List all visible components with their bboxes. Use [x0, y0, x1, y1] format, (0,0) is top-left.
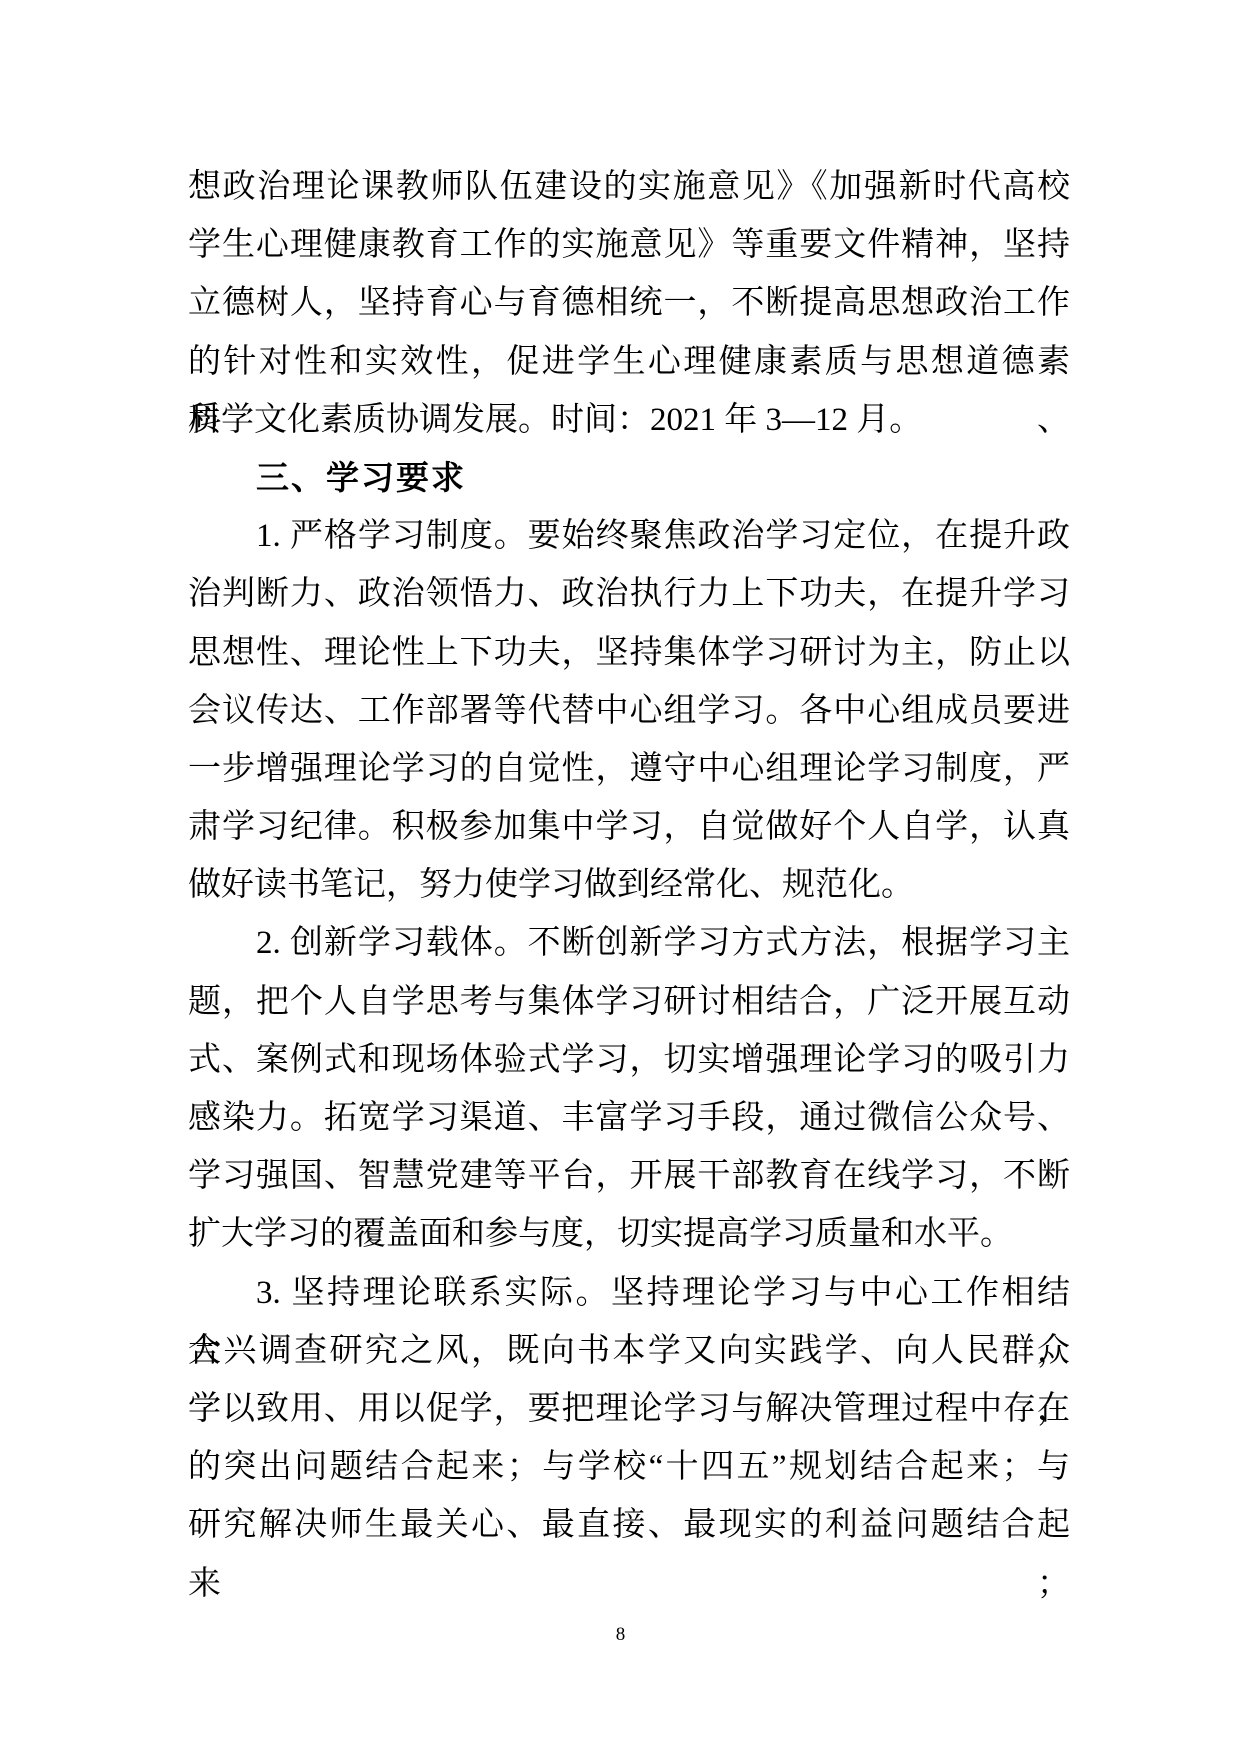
- text-line: 大兴调查研究之风，既向书本学又向实践学、向人民群众学，: [188, 1322, 1070, 1380]
- text-line: 的针对性和实效性，促进学生心理健康素质与思想道德素质、: [188, 333, 1070, 391]
- text-line: 扩大学习的覆盖面和参与度，切实提高学习质量和水平。: [188, 1205, 1070, 1263]
- text-line: 立德树人，坚持育心与育德相统一，不断提高思想政治工作: [188, 274, 1070, 332]
- text-line: 做好读书笔记，努力使学习做到经常化、规范化。: [188, 856, 1070, 914]
- text-line: 学生心理健康教育工作的实施意见》等重要文件精神，坚持: [188, 216, 1070, 274]
- text-line: 1. 严格学习制度。要始终聚焦政治学习定位，在提升政: [188, 507, 1070, 565]
- text-line: 3. 坚持理论联系实际。坚持理论学习与中心工作相结合，: [188, 1264, 1070, 1322]
- document-text-block: 想政治理论课教师队伍建设的实施意见》《加强新时代高校 学生心理健康教育工作的实施…: [188, 158, 1070, 1555]
- document-page: 想政治理论课教师队伍建设的实施意见》《加强新时代高校 学生心理健康教育工作的实施…: [0, 0, 1241, 1755]
- text-line: 研究解决师生最关心、最直接、最现实的利益问题结合起来；: [188, 1496, 1070, 1554]
- text-line: 题，把个人自学思考与集体学习研讨相结合，广泛开展互动: [188, 973, 1070, 1031]
- text-line: 式、案例式和现场体验式学习，切实增强理论学习的吸引力: [188, 1031, 1070, 1089]
- text-line: 思想性、理论性上下功夫，坚持集体学习研讨为主，防止以: [188, 624, 1070, 682]
- text-line: 2. 创新学习载体。不断创新学习方式方法，根据学习主: [188, 914, 1070, 972]
- text-line: 肃学习纪律。积极参加集中学习，自觉做好个人自学，认真: [188, 798, 1070, 856]
- section-heading: 三、学习要求: [188, 449, 1070, 507]
- text-line: 学习强国、智慧党建等平台，开展干部教育在线学习，不断: [188, 1147, 1070, 1205]
- text-line: 想政治理论课教师队伍建设的实施意见》《加强新时代高校: [188, 158, 1070, 216]
- text-line: 的突出问题结合起来；与学校“十四五”规划结合起来；与: [188, 1438, 1070, 1496]
- text-line: 学以致用、用以促学，要把理论学习与解决管理过程中存在: [188, 1380, 1070, 1438]
- text-line: 会议传达、工作部署等代替中心组学习。各中心组成员要进: [188, 682, 1070, 740]
- page-number: 8: [0, 1624, 1241, 1646]
- text-line: 一步增强理论学习的自觉性，遵守中心组理论学习制度，严: [188, 740, 1070, 798]
- text-line: 感染力。拓宽学习渠道、丰富学习手段，通过微信公众号、: [188, 1089, 1070, 1147]
- text-line: 治判断力、政治领悟力、政治执行力上下功夫，在提升学习: [188, 565, 1070, 623]
